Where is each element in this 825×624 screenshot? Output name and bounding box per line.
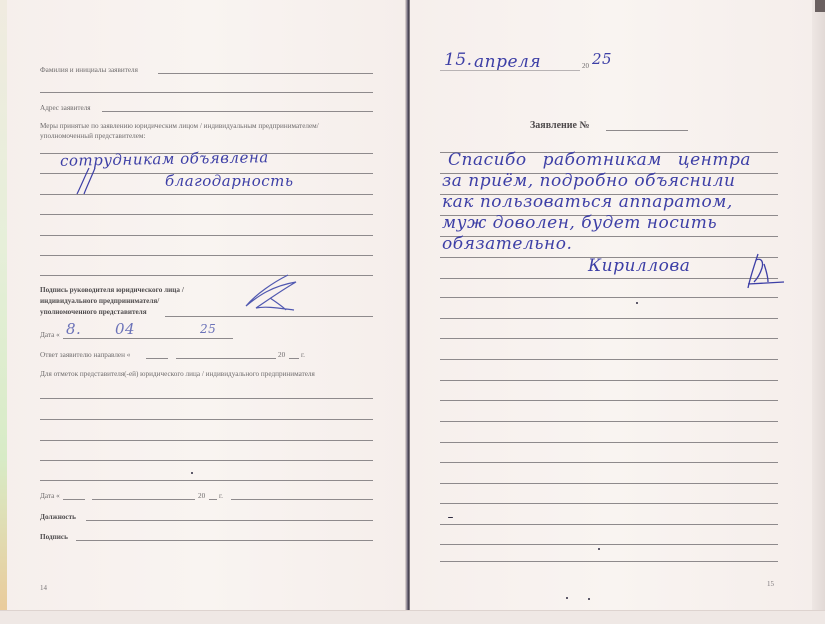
ruled-line xyxy=(440,442,778,443)
dust-speck xyxy=(448,517,453,518)
position-label: Должность xyxy=(40,513,76,522)
ruled-line xyxy=(440,462,778,463)
handwriting-stroke-icon xyxy=(75,166,99,196)
bottom-date-year-prefix: 20 xyxy=(198,492,205,501)
ruled-line xyxy=(40,480,373,481)
dust-speck xyxy=(636,302,638,304)
signature-label-1: Подпись руководителя юридического лица / xyxy=(40,286,184,295)
ruled-line xyxy=(440,400,778,401)
handwritten-line: за приём, подробно объяснили xyxy=(442,171,735,191)
date-month-handwritten: апреля xyxy=(474,52,541,72)
ruled-line xyxy=(440,338,778,339)
signature-label-2: индивидуального предпринимателя/ xyxy=(40,297,159,306)
reply-month-line xyxy=(176,358,276,359)
ruled-line xyxy=(40,440,373,441)
reply-year-suffix: г. xyxy=(301,351,305,360)
ruled-line xyxy=(40,214,373,215)
position-line xyxy=(86,520,373,521)
page-number-right: 15 xyxy=(767,580,774,588)
reply-day-line xyxy=(146,358,168,359)
bottom-date-day-line xyxy=(63,499,85,500)
dust-speck xyxy=(598,548,600,550)
bottom-date-label: Дата « xyxy=(40,492,60,501)
ruled-line xyxy=(40,460,373,461)
ruled-line xyxy=(440,359,778,360)
signature-scribble-icon xyxy=(238,272,304,314)
reply-year-prefix: 20 xyxy=(278,351,285,360)
date-line xyxy=(440,70,580,71)
date-day-handwritten: 15. xyxy=(444,50,473,70)
ruled-line xyxy=(40,235,373,236)
date-line xyxy=(63,338,233,339)
signature-bottom-label: Подпись xyxy=(40,533,68,542)
scan-corner xyxy=(815,0,825,12)
applicant-address-line xyxy=(102,111,373,112)
bottom-date-month-line xyxy=(92,499,195,500)
ruled-line xyxy=(40,255,373,256)
bottom-date-year-line xyxy=(209,499,217,500)
signature-line xyxy=(165,316,373,317)
handwritten-line: Спасибо работникам центра xyxy=(448,150,751,170)
page-number-left: 14 xyxy=(40,584,47,592)
date-day-handwritten: 8. xyxy=(66,320,81,338)
ruled-line xyxy=(440,561,778,562)
ruled-line xyxy=(440,297,778,298)
applicant-name-label: Фамилия и инициалы заявителя xyxy=(40,66,138,75)
page-edge-shadow xyxy=(812,0,825,612)
applicant-signature-mark-icon xyxy=(740,250,790,292)
left-page: Фамилия и инициалы заявителя Адрес заяви… xyxy=(0,0,409,612)
dust-speck xyxy=(191,472,193,474)
date-year-handwritten: 25 xyxy=(592,50,612,68)
page-edge-stain xyxy=(0,0,7,612)
date-label: Дата « xyxy=(40,331,60,340)
ruled-line xyxy=(440,318,778,319)
applicant-name-line xyxy=(158,73,373,74)
reply-label: Ответ заявителю направлен « xyxy=(40,351,130,360)
bottom-date-year-suffix: г. xyxy=(219,492,223,501)
ruled-line xyxy=(440,380,778,381)
ruled-line xyxy=(440,503,778,504)
measures-label-1: Меры принятые по заявлению юридическим л… xyxy=(40,122,319,131)
application-title: Заявление № xyxy=(530,120,590,131)
ruled-line xyxy=(440,524,778,525)
application-number-line xyxy=(606,130,688,131)
ruled-line xyxy=(440,544,778,545)
notes-label: Для отметок представителя(-ей) юридическ… xyxy=(40,370,315,379)
applicant-name-line-2 xyxy=(40,92,373,93)
applicant-signature-name: Кириллова xyxy=(588,256,690,276)
date-year-handwritten: 25 xyxy=(200,322,216,336)
handwritten-line: муж доволен, будет носить xyxy=(442,213,717,233)
signature-label-3: уполномоченного представителя xyxy=(40,308,147,317)
signature-bottom-line xyxy=(76,540,373,541)
ruled-line xyxy=(440,421,778,422)
date-year-prefix: 20 xyxy=(582,62,589,71)
applicant-address-label: Адрес заявителя xyxy=(40,104,91,113)
ruled-line xyxy=(40,419,373,420)
ruled-line xyxy=(440,483,778,484)
ruled-line xyxy=(40,275,373,276)
ruled-line xyxy=(40,398,373,399)
handwritten-line: как пользоваться аппаратом, xyxy=(442,192,733,212)
date-month-handwritten: 04 xyxy=(115,320,135,338)
ruled-line xyxy=(440,278,778,279)
scan-bottom-edge xyxy=(0,610,825,624)
dust-speck xyxy=(566,597,568,599)
measures-handwritten-2: благодарность xyxy=(165,172,294,190)
dust-speck xyxy=(588,598,590,600)
right-page: 15. апреля 20 25 Заявление № Спасибо раб… xyxy=(410,0,815,612)
reply-year-line xyxy=(289,358,299,359)
measures-label-2: уполномоченный представителем: xyxy=(40,132,145,141)
handwritten-line: обязательно. xyxy=(442,234,572,254)
bottom-date-extra-line xyxy=(231,499,373,500)
